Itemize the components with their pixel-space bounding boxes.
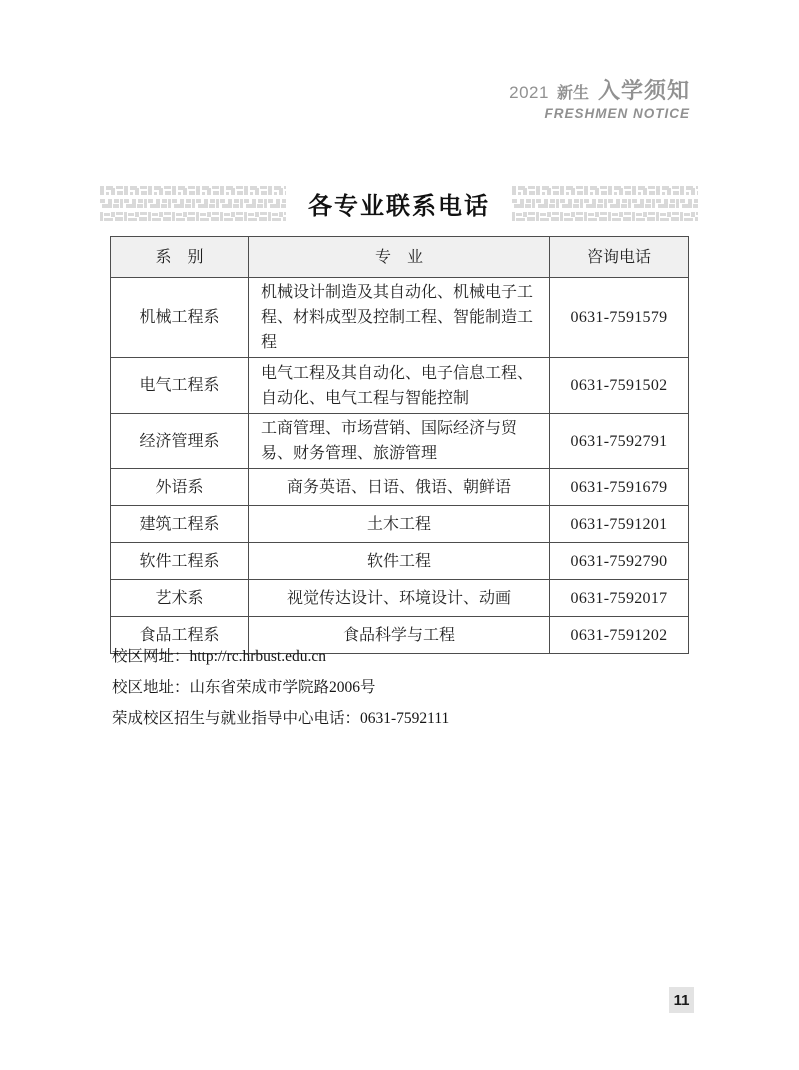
dept-cell: 外语系 <box>111 469 249 506</box>
majors-cell: 土木工程 <box>249 506 550 543</box>
dept-cell: 经济管理系 <box>111 414 249 469</box>
dept-cell: 建筑工程系 <box>111 506 249 543</box>
dept-cell: 软件工程系 <box>111 543 249 580</box>
running-header-sub: 新生 <box>557 85 589 102</box>
column-header-phone: 咨询电话 <box>550 237 689 278</box>
document-page: 2021 新生 入学须知 FRESHMEN NOTICE <box>0 0 799 1070</box>
phone-cell: 0631-7592017 <box>550 580 689 617</box>
dept-cell: 电气工程系 <box>111 358 249 414</box>
campus-website-line: 校区网址：http://rc.hrbust.edu.cn <box>112 641 449 672</box>
dept-cell: 艺术系 <box>111 580 249 617</box>
column-header-department: 系 别 <box>111 237 249 278</box>
campus-address-line: 校区地址：山东省荣成市学院路2006号 <box>112 672 449 703</box>
table-row: 经济管理系工商管理、市场营销、国际经济与贸易、财务管理、旅游管理0631-759… <box>111 414 689 469</box>
majors-cell: 商务英语、日语、俄语、朝鲜语 <box>249 469 550 506</box>
majors-cell: 软件工程 <box>249 543 550 580</box>
phone-cell: 0631-7591201 <box>550 506 689 543</box>
page-number: 11 <box>669 987 694 1013</box>
admission-center-phone-line: 荣成校区招生与就业指导中心电话：0631-7592111 <box>112 703 449 734</box>
running-header-english: FRESHMEN NOTICE <box>509 106 690 122</box>
table-row: 艺术系视觉传达设计、环境设计、动画0631-7592017 <box>111 580 689 617</box>
phone-cell: 0631-7592791 <box>550 414 689 469</box>
section-title: 各专业联系电话 <box>286 186 512 221</box>
phone-cell: 0631-7591579 <box>550 278 689 358</box>
majors-cell: 电气工程及其自动化、电子信息工程、自动化、电气工程与智能控制 <box>249 358 550 414</box>
majors-cell: 视觉传达设计、环境设计、动画 <box>249 580 550 617</box>
running-header-title-line: 2021 新生 入学须知 <box>509 78 690 103</box>
phone-cell: 0631-7591502 <box>550 358 689 414</box>
ornament-pattern-left <box>100 186 286 222</box>
running-header: 2021 新生 入学须知 FRESHMEN NOTICE <box>509 78 690 122</box>
running-header-year: 2021 <box>509 83 549 102</box>
column-header-major: 专 业 <box>249 237 550 278</box>
table-row: 机械工程系机械设计制造及其自动化、机械电子工程、材料成型及控制工程、智能制造工程… <box>111 278 689 358</box>
contact-table: 系 别 专 业 咨询电话 机械工程系机械设计制造及其自动化、机械电子工程、材料成… <box>110 236 689 654</box>
table-header-row: 系 别 专 业 咨询电话 <box>111 237 689 278</box>
table-row: 外语系商务英语、日语、俄语、朝鲜语0631-7591679 <box>111 469 689 506</box>
table-row: 软件工程系软件工程0631-7592790 <box>111 543 689 580</box>
phone-cell: 0631-7592790 <box>550 543 689 580</box>
table-row: 建筑工程系土木工程0631-7591201 <box>111 506 689 543</box>
dept-cell: 机械工程系 <box>111 278 249 358</box>
running-header-doc-title: 入学须知 <box>598 78 690 103</box>
majors-cell: 工商管理、市场营销、国际经济与贸易、财务管理、旅游管理 <box>249 414 550 469</box>
footer-info: 校区网址：http://rc.hrbust.edu.cn 校区地址：山东省荣成市… <box>112 641 449 734</box>
majors-cell: 机械设计制造及其自动化、机械电子工程、材料成型及控制工程、智能制造工程 <box>249 278 550 358</box>
phone-cell: 0631-7591202 <box>550 617 689 654</box>
ornament-pattern-right <box>512 186 698 222</box>
phone-cell: 0631-7591679 <box>550 469 689 506</box>
section-title-banner: 各专业联系电话 <box>100 185 698 222</box>
table-row: 电气工程系电气工程及其自动化、电子信息工程、自动化、电气工程与智能控制0631-… <box>111 358 689 414</box>
